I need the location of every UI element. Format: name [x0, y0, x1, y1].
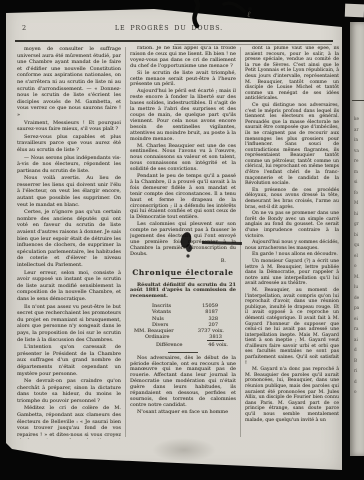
article-paragraph: Nos adversaires, dès le début de la péri… [130, 356, 236, 409]
masthead-title: LE PROGRÈS DU DOUBS. [4, 25, 334, 32]
ink-squiggle [178, 0, 264, 34]
article-paragraph: M. Charles Beauquier est une de ces sent… [130, 144, 236, 174]
article-paragraph: Serez-vous plus capables et plus travail… [17, 134, 121, 154]
article-paragraph: ration. Je ne fais appel qu'à la froide … [130, 46, 236, 70]
article-paragraph: dont la plume vaut une épée, ils avaient… [245, 46, 339, 102]
article-paragraph: — Nous serons plus indépendants vis-à-vi… [17, 155, 121, 175]
adjacent-page-rule [352, 100, 364, 101]
article-paragraph: Nous voilà avertis. Au lieu de resserrer… [17, 175, 121, 208]
article-paragraph: N'osant attaquer en face un homme [130, 410, 236, 416]
newspaper-page: 2 LE PROGRÈS DU DOUBS. moyen de consulte… [4, 0, 344, 478]
article-paragraph: Ne devrait-on pas craindre qu'on cherchâ… [17, 378, 121, 404]
article-paragraph: L'intention qu'on caressait de présenter… [17, 344, 121, 377]
article-paragraph: Si le scrutin de liste avait triomphé, c… [130, 71, 236, 89]
article-paragraph: Aujourd'hui le péril est écarté ; mais i… [130, 89, 236, 142]
article-paragraph: Un monsieur Gayard (?) a écrit une lettr… [245, 259, 339, 287]
adjacent-page-text: ke ar in va re m si fo M hi gr bi qu el … [354, 114, 364, 398]
section-heading: Chronique électorale [130, 270, 236, 276]
article-paragraph: Certes, je n'ignore pas qu'un certain no… [17, 209, 121, 268]
header-rule [15, 40, 333, 42]
adjacent-page-corner [345, 4, 364, 18]
left-column: moyen de consulter le suffrage universel… [17, 46, 121, 439]
section-heading-rule [171, 278, 195, 279]
results-intro: Résultat définitif du scrutin du 21 août… [130, 283, 236, 301]
ink-blot [176, 226, 256, 260]
article-paragraph: Pendant le peu de temps qu'il a passé à … [130, 174, 236, 221]
article-paragraph: Ils n'ont pas assez vu peut-être le but … [17, 304, 121, 344]
right-column: dont la plume vaut une épée, ils avaient… [245, 46, 339, 439]
candidate-name: Ordinaire [134, 334, 169, 341]
header-rule-secondary [174, 44, 332, 45]
difference-value: 46 voix. [208, 342, 228, 348]
article-paragraph: Aujourd'hui nous y sommes décidés, nous … [245, 240, 339, 251]
column-divider [125, 47, 126, 437]
adjacent-page-edge: ke ar in va re m si fo M hi gr bi qu el … [350, 22, 364, 456]
candidate-row: Ordinaire 3813 [130, 334, 236, 341]
article-paragraph: M. Gayard n'a donc pas reproché à M. Bea… [245, 367, 339, 423]
article-paragraph: En présence de ces procédés déloyaux, no… [245, 188, 339, 210]
article-paragraph: Vraiment, Messieurs ! Et pourquoi saurez… [17, 120, 121, 133]
candidate-votes: 3813 [207, 334, 224, 341]
article-paragraph: Ce qui distingue nos adversaires, c'est … [245, 103, 339, 187]
difference-label: Différence [156, 342, 182, 348]
pen-mark: ℓ [247, 10, 250, 19]
smudge-mark [152, 438, 216, 462]
article-paragraph: On ne va pas se promener dans une forêt … [245, 211, 339, 239]
article-paragraph: Méditez le cri de colère de M. Gambetta,… [17, 405, 121, 439]
article-paragraph: En garde ! nous allons en découdre. [245, 252, 339, 258]
article-paragraph: Leur erreur, selon moi, consiste à avoir… [17, 270, 121, 303]
section-divider [168, 352, 198, 353]
article-paragraph: moyen de consulter le suffrage universel… [17, 46, 121, 119]
article-paragraph: M. Beauquier, au moment de l'interpellat… [245, 288, 339, 366]
difference-row: Différence 46 voix. [130, 342, 236, 348]
